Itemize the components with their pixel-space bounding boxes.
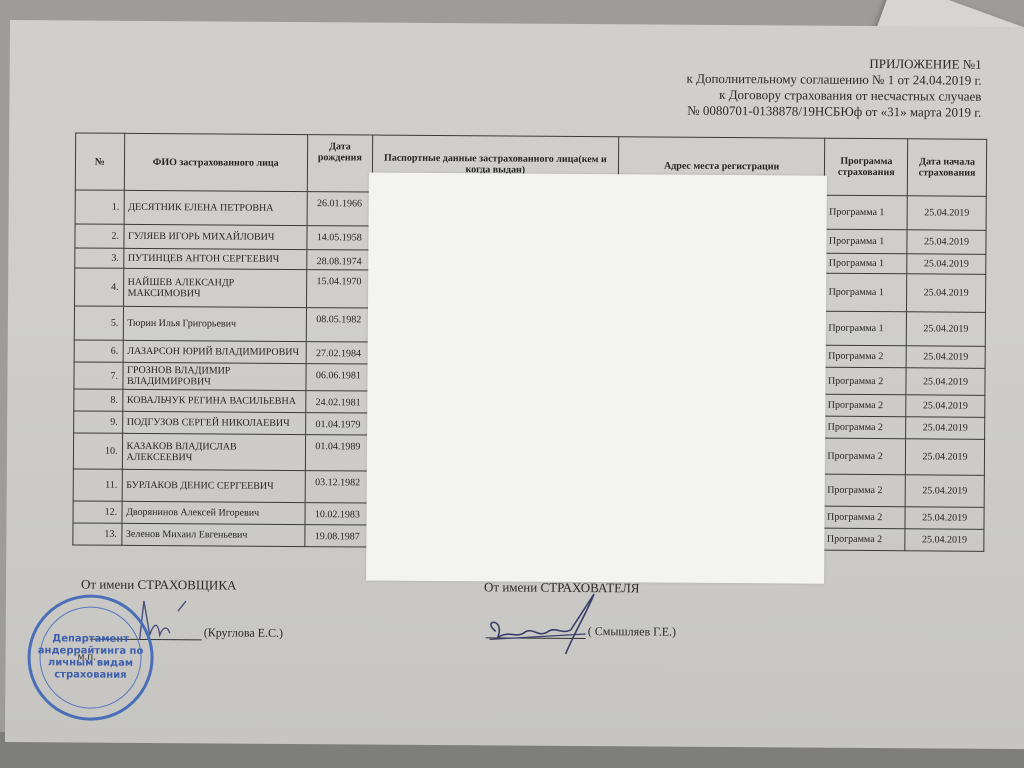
col-name: ФИО застрахованного лица (124, 133, 308, 191)
insurance-start-date: 25.04.2019 (906, 439, 985, 476)
appendix-header: ПРИЛОЖЕНИЕ №1 к Дополнительному соглашен… (686, 55, 982, 121)
insurance-start-date: 25.04.2019 (906, 417, 985, 440)
insurance-program: Программа 1 (824, 253, 907, 274)
row-number: 5. (74, 306, 123, 340)
insurance-start-date: 25.04.2019 (907, 196, 986, 231)
birth-date: 24.02.1981 (306, 391, 371, 413)
insurance-program: Программа 2 (823, 394, 906, 417)
birth-date: 27.02.1984 (306, 342, 371, 364)
col-number: № (75, 133, 124, 190)
col-program: Программа страхования (825, 138, 908, 196)
insurance-program: Программа 1 (824, 229, 907, 254)
insurance-program: Программа 1 (824, 273, 907, 312)
document-page: ПРИЛОЖЕНИЕ №1 к Дополнительному соглашен… (5, 20, 1024, 749)
insurance-program: Программа 2 (824, 345, 907, 368)
insurance-program: Программа 1 (824, 311, 907, 346)
insurance-start-date: 25.04.2019 (905, 475, 984, 508)
insured-name: Дворянинов Алексей Игоревич (122, 501, 306, 524)
stamp-text: Департамент андеррайтинга по личным вида… (30, 633, 150, 682)
insured-name: ПОДГУЗОВ СЕРГЕЙ НИКОЛАЕВИЧ (122, 411, 306, 434)
insurance-start-date: 25.04.2019 (906, 346, 985, 369)
birth-date: 01.04.1989 (305, 435, 370, 471)
birth-date: 10.02.1983 (305, 503, 370, 525)
insured-name: Тюрин Илья Григорьевич (123, 306, 307, 341)
insurance-start-date: 25.04.2019 (906, 395, 985, 418)
insured-name: ГУЛЯЕВ ИГОРЬ МИХАЙЛОВИЧ (123, 224, 307, 249)
insurance-program: Программа 2 (823, 367, 906, 395)
insurance-start-date: 25.04.2019 (907, 230, 986, 255)
insurance-program: Программа 2 (823, 474, 906, 507)
insurer-label: От имени СТРАХОВЩИКА (81, 577, 236, 594)
row-number: 7. (74, 362, 123, 389)
birth-date: 28.08.1974 (307, 250, 372, 270)
insurance-start-date: 25.04.2019 (907, 254, 986, 275)
insured-name: КАЗАКОВ ВЛАДИСЛАВ АЛЕКСЕЕВИЧ (122, 433, 306, 470)
row-number: 2. (75, 224, 124, 248)
insured-name: ПУТИНЦЕВ АНТОН СЕРГЕЕВИЧ (123, 248, 307, 269)
col-start-date: Дата начала страхования (907, 139, 986, 197)
insurance-program: Программа 2 (822, 528, 905, 551)
col-dob: Дата рождения (307, 135, 372, 192)
insured-name: БУРЛАКОВ ДЕНИС СЕРГЕЕВИЧ (122, 469, 306, 502)
contract-number: № 0080701-0138878/19НСБЮф от «31» марта … (686, 103, 981, 121)
insurance-start-date: 25.04.2019 (906, 312, 985, 347)
row-number: 3. (75, 248, 124, 268)
insured-name: ДЕСЯТНИК ЕЛЕНА ПЕТРОВНА (124, 190, 308, 225)
insurance-start-date: 25.04.2019 (906, 368, 985, 396)
row-number: 13. (73, 523, 122, 545)
row-number: 8. (74, 389, 123, 411)
insurance-program: Программа 2 (823, 416, 906, 439)
insurance-start-date: 25.04.2019 (905, 529, 984, 552)
birth-date: 03.12.1982 (305, 471, 370, 503)
policyholder-signature-icon (476, 589, 606, 660)
insurance-program: Программа 2 (822, 506, 905, 529)
row-number: 9. (74, 411, 123, 433)
insurance-program: Программа 2 (823, 438, 906, 475)
insurance-start-date: 25.04.2019 (905, 507, 984, 530)
company-stamp: Департамент андеррайтинга по личным вида… (27, 594, 154, 721)
row-number: 4. (75, 268, 124, 306)
row-number: 12. (73, 501, 122, 523)
row-number: 11. (73, 469, 122, 501)
insured-name: НАЙШЕВ АЛЕКСАНДР МАКСИМОВИЧ (123, 268, 307, 307)
insurance-start-date: 25.04.2019 (907, 274, 986, 313)
insured-name: КОВАЛЬЧУК РЕГИНА ВАСИЛЬЕВНА (122, 389, 306, 412)
birth-date: 26.01.1966 (307, 192, 372, 226)
insured-name: ЛАЗАРСОН ЮРИЙ ВЛАДИМИРОВИЧ (123, 340, 307, 363)
birth-date: 08.05.1982 (306, 308, 371, 342)
birth-date: 06.06.1981 (306, 364, 371, 391)
insurance-program: Программа 1 (825, 195, 908, 230)
insured-name: ГРОЗНОВ ВЛАДИМИР ВЛАДИМИРОВИЧ (122, 362, 306, 390)
birth-date: 14.05.1958 (307, 226, 372, 250)
birth-date: 19.08.1987 (305, 525, 370, 547)
row-number: 1. (75, 190, 124, 224)
insured-name: Зеленов Михаил Евгеньевич (121, 523, 305, 546)
row-number: 6. (74, 340, 123, 362)
redaction-cover-sheet (366, 173, 827, 584)
birth-date: 15.04.1970 (306, 270, 371, 308)
insurer-name: (Круглова Е.С.) (204, 625, 283, 641)
birth-date: 01.04.1979 (306, 413, 371, 435)
row-number: 10. (73, 433, 122, 469)
